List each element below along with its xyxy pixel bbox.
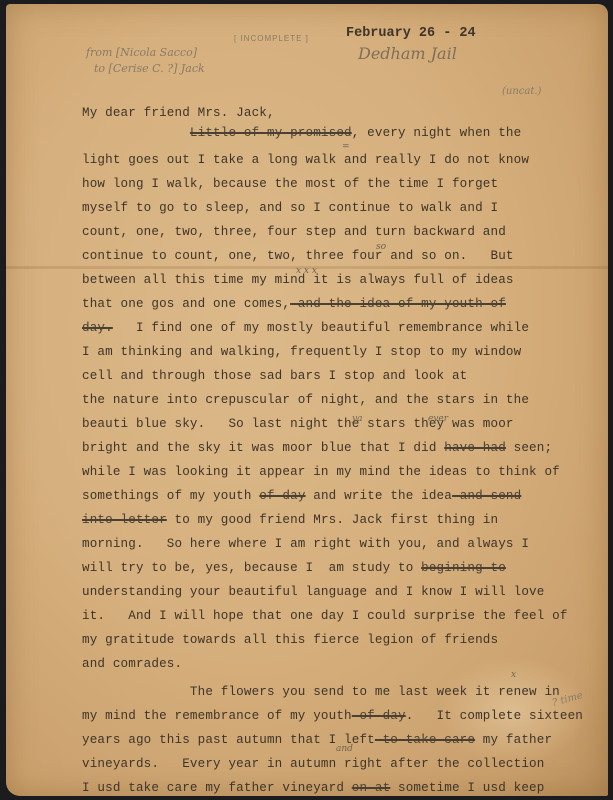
struck-text: day.: [82, 321, 113, 335]
line-text: bright and the sky it was moor blue that…: [82, 441, 444, 455]
struck-text: to take care: [375, 733, 475, 747]
letter-page: from [Nicola Sacco] to [Cerise C. ?] Jac…: [6, 4, 608, 796]
struck-text: of day: [352, 709, 406, 723]
letter-line: my mind the remembrance of my youth of d…: [82, 709, 583, 723]
letter-line: morning. So here where I am right with y…: [82, 537, 529, 551]
struck-text: and the idea of my youth of: [290, 297, 506, 311]
letter-line: my gratitude towards all this fierce leg…: [82, 633, 498, 647]
handwritten-to-note: to [Cerise C. ?] Jack: [94, 62, 205, 75]
letter-line: somethings of my youth of day and write …: [82, 489, 521, 503]
insert-mark: =: [342, 142, 350, 152]
location-note: Dedham Jail: [358, 44, 457, 63]
letter-line: light goes out I take a long walk and re…: [82, 153, 529, 167]
struck-text: of day: [259, 489, 305, 503]
letter-line: it. And I will hope that one day I could…: [82, 609, 568, 623]
line-text: I usd take care my father vineyard: [82, 781, 352, 795]
line-text: and write the idea: [306, 489, 452, 503]
letter-line: continue to count, one, two, three four …: [82, 249, 514, 263]
incomplete-note: [ INCOMPLETE ]: [234, 34, 309, 43]
letter-line: understanding your beautiful language an…: [82, 585, 544, 599]
line-text: my father: [475, 733, 552, 747]
line-text: , every night when the: [352, 126, 522, 140]
line-text: sometime I usd keep: [390, 781, 544, 795]
letter-line: myself to go to sleep, and so I continue…: [82, 201, 498, 215]
struck-text: and send: [452, 489, 521, 503]
letter-line: into letter to my good friend Mrs. Jack …: [82, 513, 498, 527]
struck-text: into letter: [82, 513, 167, 527]
letter-line: cell and through those sad bars I stop a…: [82, 369, 467, 383]
insert-ya: ya: [352, 414, 362, 424]
insert-and: and: [336, 744, 353, 754]
line-text: . It complete sixteen: [406, 709, 583, 723]
letter-line: bright and the sky it was moor blue that…: [82, 441, 552, 455]
insert-x-marks: x x x: [296, 266, 317, 276]
letter-line: I am thinking and walking, frequently I …: [82, 345, 521, 359]
line-text: seen;: [506, 441, 552, 455]
handwritten-from-note: from [Nicola Sacco]: [86, 46, 197, 59]
letter-line: and comrades.: [82, 657, 182, 671]
insert-ever: ever: [428, 414, 448, 424]
insert-so: so: [376, 242, 386, 252]
letter-line: will try to be, yes, because I am study …: [82, 561, 506, 575]
letter-line: The flowers you send to me last week it …: [82, 685, 560, 699]
line-text: to my good friend Mrs. Jack first thing …: [167, 513, 498, 527]
insert-x: x: [511, 670, 516, 680]
salutation: My dear friend Mrs. Jack,: [82, 106, 275, 120]
letter-line: Little of my promised, every night when …: [82, 126, 521, 140]
uncat-note: (uncat.): [502, 86, 541, 97]
struck-text: begining to: [421, 561, 506, 575]
letter-line: vineyards. Every year in autumn right af…: [82, 757, 544, 771]
line-text: my mind the remembrance of my youth: [82, 709, 352, 723]
letter-line: years ago this past autumn that I left t…: [82, 733, 552, 747]
letter-line: how long I walk, because the most of the…: [82, 177, 498, 191]
letter-line: day. I find one of my mostly beautiful r…: [82, 321, 529, 335]
letter-line: while I was looking it appear in my mind…: [82, 465, 560, 479]
line-text: that one gos and one comes,: [82, 297, 290, 311]
letter-line: the nature into crepuscular of night, an…: [82, 393, 529, 407]
letter-line: count, one, two, three, four step and tu…: [82, 225, 506, 239]
struck-text: on at: [352, 781, 391, 795]
line-text: somethings of my youth: [82, 489, 259, 503]
letter-date: February 26 - 24: [346, 26, 476, 41]
line-text: [82, 126, 190, 140]
line-text: I find one of my mostly beautiful rememb…: [113, 321, 529, 335]
letter-line: I usd take care my father vineyard on at…: [82, 781, 544, 795]
letter-line: that one gos and one comes, and the idea…: [82, 297, 506, 311]
line-text: years ago this past autumn that I left: [82, 733, 375, 747]
struck-text: Little of my promised: [190, 126, 352, 140]
struck-text: have had: [444, 441, 506, 455]
letter-line: beauti blue sky. So last night the stars…: [82, 417, 514, 431]
line-text: will try to be, yes, because I am study …: [82, 561, 421, 575]
